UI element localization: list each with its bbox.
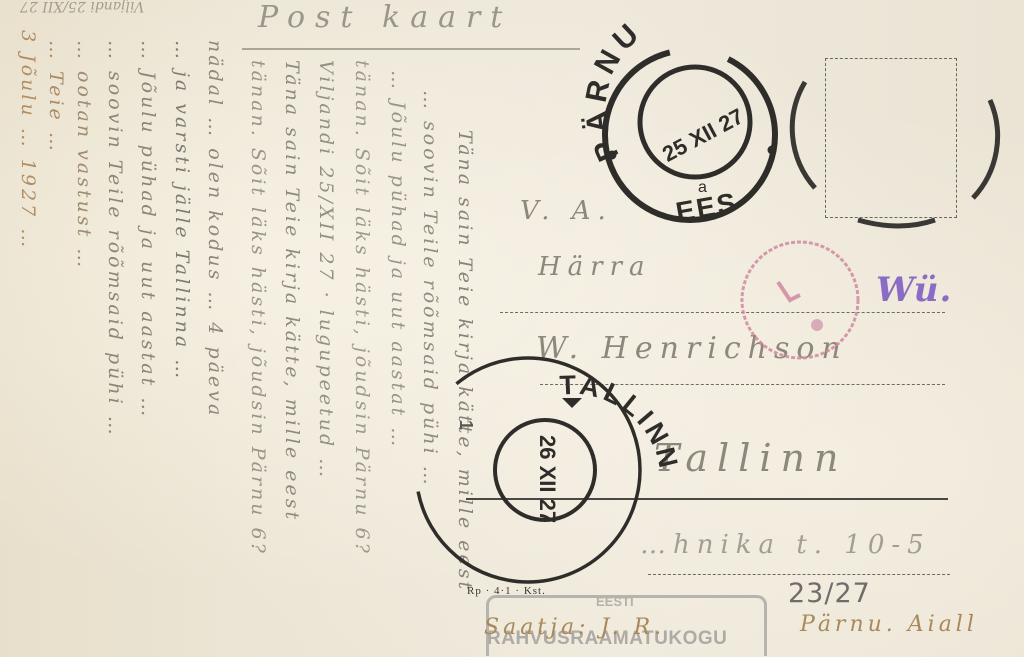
postmark-tallinn-date: 26 XII 27 [535,435,560,523]
postmarks-layer: PÄRNU 25 XII 27 a EES TALLINN 26 XII 27 … [0,0,1024,657]
postcard-back: Viljandi 25/XII 27 Post kaart 3 Jõulu … … [0,0,1024,657]
svg-text:TALLINN: TALLINN [559,370,684,474]
library-stamp-country: EESTI [596,594,634,609]
postmark-tallinn-town: TALLINN [559,370,684,474]
sender-inscription: Saatja: J. R. [484,615,665,640]
stamp-cancellation-marks [792,82,997,226]
svg-text:PÄRNU: PÄRNU [579,14,649,166]
postmark-tallinn-code: 1 [456,420,476,430]
postmark-tallinn: TALLINN 26 XII 27 1 [416,358,684,582]
postmark-parnu-footer: EES [673,187,739,228]
red-circular-stamp [742,242,858,358]
place-inscription: Pärnu. Aiall [800,612,978,637]
postmark-parnu: PÄRNU 25 XII 27 a EES [579,14,776,228]
postmark-parnu-town: PÄRNU [579,14,649,166]
archive-number: 23/27 [788,578,871,609]
